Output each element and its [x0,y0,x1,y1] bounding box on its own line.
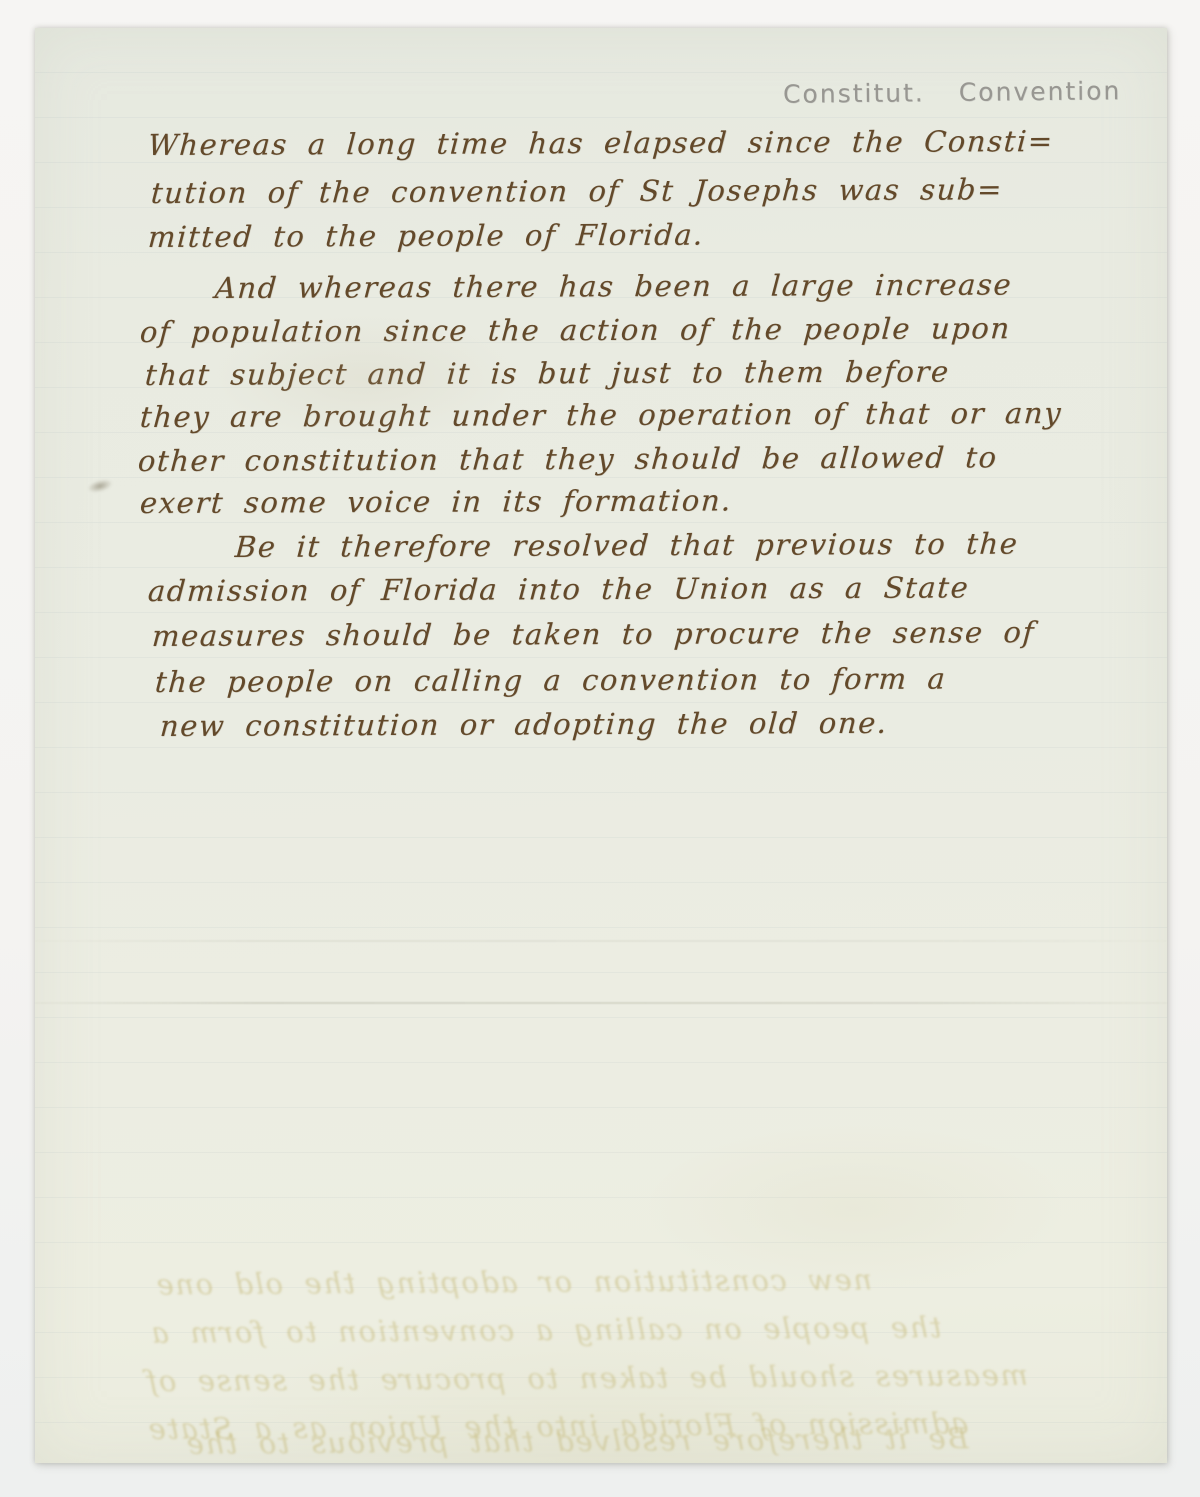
pencil-annotation-word: Convention [959,76,1122,107]
pencil-annotation: Constitut.Convention [783,76,1122,109]
manuscript-line: they are brought under the operation of … [139,396,1063,434]
bleedthrough-line: measures should be taken to procure the … [145,1358,1028,1398]
manuscript-line: tution of the convention of St Josephs w… [150,172,1004,210]
manuscript-line: the people on calling a convention to fo… [154,662,948,699]
ink-smudge [86,477,114,495]
manuscript-line: And whereas there has been a large incre… [214,268,1014,305]
manuscript-line: of population since the action of the pe… [139,311,1012,349]
manuscript-line: Whereas a long time has elapsed since th… [147,124,1055,162]
manuscript-line: mitted to the people of Florida. [147,218,705,254]
manuscript-line: exert some voice in its formation. [139,483,733,520]
bleedthrough-line: the people on calling a convention to fo… [150,1310,942,1350]
manuscript-line: that subject and it is but just to them … [144,354,951,392]
manuscript-paper-sheet: Constitut.Convention Whereas a long time… [35,28,1167,1463]
manuscript-line: measures should be taken to procure the … [151,615,1036,653]
manuscript-line: other constitution that they should be a… [137,440,999,478]
pencil-annotation-word: Constitut. [783,78,925,108]
manuscript-line: Be it therefore resolved that previous t… [234,527,1020,564]
bleedthrough-line: Be it therefore resolved that previous t… [185,1421,969,1460]
fold-crease-line [35,1002,1167,1004]
bleedthrough-line: new constitution or adopting the old one [155,1262,872,1301]
manuscript-line: admission of Florida into the Union as a… [147,570,971,608]
fold-crease-line [35,940,1167,942]
scanned-document-page: Constitut.Convention Whereas a long time… [0,0,1200,1497]
manuscript-line: new constitution or adopting the old one… [159,706,889,743]
